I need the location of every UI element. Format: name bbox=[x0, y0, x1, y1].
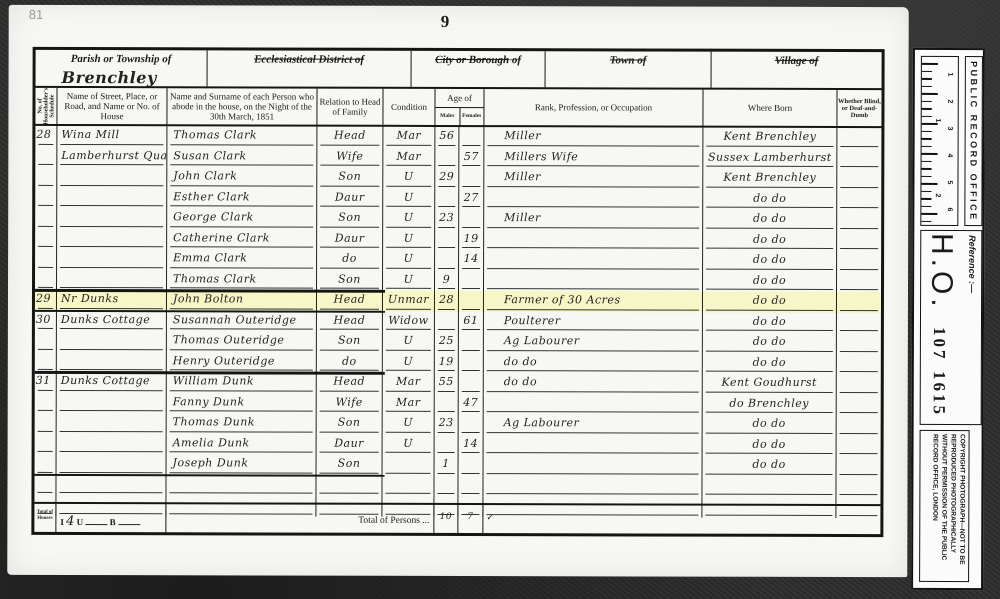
where-born-cell: do Brenchley bbox=[703, 394, 837, 415]
house-place-cell bbox=[57, 228, 167, 249]
building-prefix: B bbox=[110, 517, 116, 527]
where-born-cell: do do bbox=[703, 230, 837, 251]
age-male-cell bbox=[435, 311, 459, 332]
where-born-cell: do do bbox=[703, 415, 837, 436]
blind-deaf-cell bbox=[837, 333, 881, 354]
person-name-cell: Catherine Clark bbox=[167, 229, 317, 250]
relation-cell: Son bbox=[317, 414, 383, 435]
occupation-cell bbox=[484, 394, 703, 415]
parish-cell: Parish or Township of Brenchley bbox=[36, 50, 208, 86]
where-born-cell: Kent Goudhurst bbox=[703, 374, 837, 395]
house-place-cell bbox=[56, 474, 166, 495]
total-persons-label: Total of Persons ... bbox=[166, 504, 434, 533]
ruler-tick bbox=[921, 198, 931, 200]
table-row: George ClarkSonU23Millerdo do bbox=[35, 208, 881, 231]
ruler-tick bbox=[922, 153, 938, 155]
age-male-cell bbox=[435, 188, 459, 209]
condition-cell: Mar bbox=[383, 373, 435, 394]
village-label: Village of bbox=[712, 55, 882, 67]
table-row bbox=[34, 474, 880, 497]
age-female-cell bbox=[459, 373, 484, 394]
ruler-tick bbox=[921, 190, 931, 192]
reference-piece: 107 bbox=[929, 327, 949, 362]
where-born-cell: do do bbox=[703, 333, 837, 354]
ecclesiastical-label: Ecclesiastical District of bbox=[208, 53, 411, 66]
col-place-label: Name of Street, Place, or Road, and Name… bbox=[57, 91, 166, 121]
house-place-cell bbox=[57, 167, 167, 188]
house-place-cell: Dunks Cottage bbox=[57, 310, 167, 331]
ruler-inch-number: 1 bbox=[934, 118, 941, 122]
schedule-number-cell bbox=[35, 433, 57, 454]
col-age-males-label: Males bbox=[435, 108, 460, 125]
age-male-cell: 1 bbox=[435, 455, 459, 476]
relation-cell: Daur bbox=[317, 434, 383, 455]
ruler-tick bbox=[922, 85, 932, 87]
house-place-cell: Lamberhurst Quarter bbox=[57, 146, 167, 167]
house-place-cell bbox=[57, 351, 167, 372]
person-name-cell: Amelia Dunk bbox=[167, 434, 317, 455]
age-female-cell: 27 bbox=[459, 189, 484, 210]
house-place-cell bbox=[57, 413, 167, 434]
ruler-tick bbox=[922, 130, 932, 132]
ruler-tick bbox=[922, 168, 932, 170]
census-page: 81 9 Parish or Township of Brenchley Ecc… bbox=[7, 5, 908, 577]
relation-cell: Son bbox=[317, 168, 383, 189]
occupation-cell: Ag Labourer bbox=[484, 332, 703, 353]
schedule-number-cell: 30 bbox=[35, 310, 57, 331]
occupation-cell: Millers Wife bbox=[484, 148, 703, 169]
houses-total-label: Total of Houses bbox=[34, 504, 56, 532]
age-male-cell: 19 bbox=[435, 352, 459, 373]
col-relation-header: Relation to Head of Family bbox=[317, 89, 383, 127]
house-place-cell bbox=[57, 331, 167, 352]
age-female-cell bbox=[459, 353, 484, 374]
house-place-cell: Nr Dunks bbox=[57, 290, 167, 311]
where-born-cell: do do bbox=[703, 292, 837, 313]
condition-cell: Mar bbox=[383, 393, 435, 414]
col-born-label: Where Born bbox=[748, 103, 792, 113]
condition-cell: U bbox=[383, 188, 435, 209]
where-born-cell: do do bbox=[703, 189, 837, 210]
person-name-cell: Esther Clark bbox=[167, 188, 317, 209]
col-schedule-header: No. of Householder's Schedule bbox=[35, 88, 57, 126]
schedule-number-cell bbox=[35, 208, 57, 229]
relation-cell: Daur bbox=[317, 229, 383, 250]
blind-deaf-cell bbox=[836, 476, 880, 497]
condition-cell: U bbox=[383, 250, 435, 271]
occupation-cell: Miller bbox=[484, 209, 703, 230]
age-male-cell: 23 bbox=[435, 209, 459, 230]
person-name-cell: William Dunk bbox=[167, 372, 317, 393]
condition-cell: U bbox=[383, 168, 435, 189]
age-male-cell bbox=[435, 229, 459, 250]
blind-deaf-cell bbox=[837, 169, 881, 190]
census-form: Parish or Township of Brenchley Ecclesia… bbox=[31, 47, 884, 537]
table-row: Thomas DunkSonU23Ag Labourerdo do bbox=[35, 413, 881, 436]
relation-cell: Wife bbox=[317, 393, 383, 414]
ruler-cm-number: 1 bbox=[946, 73, 953, 77]
schedule-number-cell bbox=[35, 146, 57, 167]
parish-label: Parish or Township of bbox=[36, 53, 207, 65]
occupation-cell: Miller bbox=[484, 168, 703, 189]
person-name-cell: Thomas Clark bbox=[167, 270, 317, 291]
table-row: John ClarkSonU29MillerKent Brenchley bbox=[35, 167, 881, 190]
ruler-cm-number: 4 bbox=[946, 154, 953, 158]
inhabited-value: 4 bbox=[66, 514, 74, 529]
schedule-number-cell bbox=[35, 454, 57, 475]
village-cell: Village of bbox=[712, 52, 882, 88]
ruler-tick bbox=[922, 100, 932, 102]
table-row: Amelia DunkDaurU14do do bbox=[35, 433, 881, 456]
person-name-cell bbox=[166, 475, 316, 496]
table-row: 31Dunks CottageWilliam DunkHeadMar55do d… bbox=[35, 372, 881, 395]
person-name-cell: Thomas Clark bbox=[167, 126, 317, 147]
condition-cell: U bbox=[383, 209, 435, 230]
where-born-cell: do do bbox=[703, 271, 837, 292]
col-name-header: Name and Surname of each Person who abod… bbox=[167, 88, 317, 126]
condition-cell: U bbox=[383, 270, 435, 291]
occupation-cell bbox=[483, 476, 702, 497]
house-place-cell bbox=[57, 433, 167, 454]
where-born-cell: do do bbox=[703, 210, 837, 231]
relation-cell: Head bbox=[317, 311, 383, 332]
age-female-cell bbox=[459, 209, 484, 230]
blind-deaf-cell bbox=[837, 128, 881, 149]
relation-cell: Head bbox=[317, 373, 383, 394]
ruler-tick bbox=[921, 175, 931, 177]
reference-folio: 1615 bbox=[929, 371, 949, 417]
blind-deaf-cell bbox=[837, 271, 881, 292]
person-name-cell: Emma Clark bbox=[167, 249, 317, 270]
col-born-header: Where Born bbox=[703, 90, 837, 128]
blind-deaf-cell bbox=[837, 394, 881, 415]
age-female-cell bbox=[459, 127, 484, 148]
schedule-number-cell: 29 bbox=[35, 290, 57, 311]
age-male-cell: 55 bbox=[435, 373, 459, 394]
location-header: Parish or Township of Brenchley Ecclesia… bbox=[36, 50, 882, 90]
col-schedule-label: No. of Householder's Schedule bbox=[37, 88, 55, 125]
relation-cell: do bbox=[317, 250, 383, 271]
reference-box: Reference :— H.O. 107 1615 bbox=[920, 230, 983, 425]
age-female-cell bbox=[459, 332, 484, 353]
occupation-cell bbox=[484, 189, 703, 210]
ecclesiastical-cell: Ecclesiastical District of bbox=[208, 50, 412, 87]
person-name-cell: John Bolton bbox=[167, 290, 317, 311]
house-place-cell: Wina Mill bbox=[57, 126, 167, 147]
blind-deaf-cell bbox=[837, 292, 881, 313]
where-born-cell bbox=[702, 476, 836, 497]
ruler-tick bbox=[921, 220, 931, 222]
uninhabited-prefix: U bbox=[77, 517, 84, 527]
person-name-cell: George Clark bbox=[167, 208, 317, 229]
where-born-cell: do do bbox=[703, 251, 837, 272]
person-name-cell: Thomas Dunk bbox=[167, 413, 317, 434]
schedule-number-cell bbox=[35, 413, 57, 434]
occupation-cell: Miller bbox=[484, 127, 703, 148]
col-place-header: Name of Street, Place, or Road, and Name… bbox=[57, 88, 167, 126]
blind-deaf-cell bbox=[837, 189, 881, 210]
table-row: Esther ClarkDaurU27do do bbox=[35, 187, 881, 210]
parish-value: Brenchley bbox=[62, 68, 157, 87]
condition-cell: Unmar bbox=[383, 291, 435, 312]
age-male-cell: 25 bbox=[435, 332, 459, 353]
age-female-cell: 14 bbox=[459, 435, 484, 456]
blind-deaf-cell bbox=[837, 456, 881, 477]
relation-cell: Daur bbox=[317, 188, 383, 209]
schedule-number-cell bbox=[35, 187, 57, 208]
person-name-cell: John Clark bbox=[167, 167, 317, 188]
where-born-cell: Sussex Lamberhurst bbox=[703, 148, 837, 169]
where-born-cell: Kent Brenchley bbox=[703, 128, 837, 149]
age-male-cell: 28 bbox=[435, 291, 459, 312]
schedule-number-cell: 31 bbox=[35, 372, 57, 393]
age-female-cell bbox=[459, 414, 484, 435]
occupation-cell: do do bbox=[484, 373, 703, 394]
age-male-cell: 9 bbox=[435, 270, 459, 291]
condition-cell: U bbox=[383, 434, 435, 455]
relation-cell: Son bbox=[317, 332, 383, 353]
condition-cell: U bbox=[383, 352, 435, 373]
person-name-cell: Thomas Outeridge bbox=[167, 331, 317, 352]
condition-cell bbox=[382, 475, 434, 496]
pro-title: PUBLIC RECORD OFFICE bbox=[964, 56, 983, 226]
schedule-number-cell bbox=[35, 351, 57, 372]
ruler-cm-number: 5 bbox=[946, 181, 953, 185]
house-place-cell bbox=[57, 208, 167, 229]
schedule-number-cell bbox=[35, 269, 57, 290]
ruler-cm-number: 6 bbox=[946, 208, 953, 212]
blind-deaf-cell bbox=[837, 374, 881, 395]
schedule-number-cell bbox=[35, 228, 57, 249]
age-male-cell bbox=[434, 475, 458, 496]
relation-cell: Head bbox=[317, 291, 383, 312]
age-male-cell: 29 bbox=[435, 168, 459, 189]
houses-total-values: I 4 U B bbox=[56, 504, 166, 532]
occupation-cell bbox=[484, 435, 703, 456]
schedule-number-cell bbox=[35, 331, 57, 352]
town-cell: Town of bbox=[546, 51, 712, 87]
condition-cell bbox=[383, 455, 435, 476]
totals-footer: Total of Houses I 4 U B Total of Persons… bbox=[34, 502, 880, 534]
col-blind-header: Whether Blind, or Deaf-and-Dumb bbox=[837, 90, 881, 128]
where-born-cell: do do bbox=[703, 312, 837, 333]
scale-ruler: 12345612 bbox=[920, 56, 959, 226]
age-male-cell bbox=[435, 393, 459, 414]
col-name-label: Name and Surname of each Person who abod… bbox=[167, 91, 316, 121]
ruler-tick bbox=[922, 63, 938, 65]
schedule-number-cell bbox=[35, 167, 57, 188]
schedule-number-cell: 28 bbox=[35, 126, 57, 147]
table-row: Lamberhurst QuarterSusan ClarkWifeMar57M… bbox=[35, 146, 881, 169]
occupation-cell: Ag Labourer bbox=[484, 414, 703, 435]
age-female-cell bbox=[459, 455, 484, 476]
age-male-cell bbox=[435, 147, 459, 168]
schedule-number-cell bbox=[35, 249, 57, 270]
age-male-cell bbox=[435, 434, 459, 455]
corner-folio-mark: 81 bbox=[29, 7, 44, 22]
relation-cell: do bbox=[317, 352, 383, 373]
page-number: 9 bbox=[441, 12, 450, 32]
age-female-cell: 14 bbox=[459, 250, 484, 271]
house-place-cell bbox=[57, 454, 167, 475]
ruler-tick bbox=[922, 115, 932, 117]
age-female-cell bbox=[458, 476, 483, 497]
col-relation-label: Relation to Head of Family bbox=[317, 97, 382, 117]
age-female-cell: 47 bbox=[459, 394, 484, 415]
condition-cell: Widow bbox=[383, 311, 435, 332]
table-row: Thomas OuteridgeSonU25Ag Labourerdo do bbox=[35, 331, 881, 354]
house-place-cell bbox=[57, 269, 167, 290]
occupation-cell: Poulterer bbox=[484, 312, 703, 333]
city-label: City or Borough of bbox=[412, 54, 545, 66]
col-condition-label: Condition bbox=[391, 102, 427, 112]
ruler-tick bbox=[921, 213, 937, 215]
col-blind-label: Whether Blind, or Deaf-and-Dumb bbox=[837, 97, 881, 118]
copyright-notice: COPYRIGHT PHOTOGRAPH—NOT TO BE REPRODUCE… bbox=[919, 430, 970, 582]
condition-cell: U bbox=[383, 229, 435, 250]
total-males: 10 bbox=[434, 505, 458, 533]
col-occupation-header: Rank, Profession, or Occupation bbox=[484, 89, 703, 128]
town-label: Town of bbox=[546, 54, 711, 66]
age-male-cell: 23 bbox=[435, 414, 459, 435]
person-name-cell: Joseph Dunk bbox=[167, 454, 317, 475]
where-born-cell: do do bbox=[703, 353, 837, 374]
age-female-cell bbox=[459, 271, 484, 292]
reference-class-code: H.O. bbox=[925, 233, 957, 311]
age-female-cell bbox=[459, 291, 484, 312]
house-place-cell bbox=[57, 392, 167, 413]
reference-label: Reference :— bbox=[967, 235, 977, 293]
schedule-number-cell bbox=[34, 474, 56, 495]
relation-cell: Son bbox=[317, 209, 383, 230]
ruler-tick bbox=[922, 138, 932, 140]
age-female-cell: 19 bbox=[459, 230, 484, 251]
blind-deaf-cell bbox=[837, 251, 881, 272]
ruler-tick bbox=[922, 123, 938, 125]
occupation-cell bbox=[484, 230, 703, 251]
blind-deaf-cell bbox=[837, 210, 881, 231]
age-female-cell bbox=[459, 168, 484, 189]
ruler-tick bbox=[922, 93, 938, 95]
blind-deaf-cell bbox=[837, 148, 881, 169]
col-condition-header: Condition bbox=[383, 89, 435, 127]
col-age-females-label: Females bbox=[460, 108, 484, 125]
where-born-cell: Kent Brenchley bbox=[703, 169, 837, 190]
occupation-cell: Farmer of 30 Acres bbox=[484, 291, 703, 312]
table-row: 30Dunks CottageSusannah OuteridgeHeadWid… bbox=[35, 310, 881, 333]
ruler-inch-number: 2 bbox=[934, 193, 941, 197]
blind-deaf-cell bbox=[837, 415, 881, 436]
ruler-cm-number: 2 bbox=[946, 100, 953, 104]
age-female-cell: 57 bbox=[459, 148, 484, 169]
relation-cell: Head bbox=[317, 127, 383, 148]
occupation-cell bbox=[484, 455, 703, 476]
age-male-cell: 56 bbox=[435, 127, 459, 148]
ruler-cm-number: 3 bbox=[946, 127, 953, 131]
blind-deaf-cell bbox=[837, 312, 881, 333]
ruler-tick bbox=[922, 145, 932, 147]
condition-cell: U bbox=[383, 332, 435, 353]
col-occupation-label: Rank, Profession, or Occupation bbox=[535, 102, 652, 112]
table-row: Catherine ClarkDaurU19do do bbox=[35, 228, 881, 251]
age-female-cell: 61 bbox=[459, 312, 484, 333]
col-age-label: Age of bbox=[435, 89, 483, 108]
col-age-header: Age of Males Females bbox=[435, 89, 484, 127]
schedule-number-cell bbox=[35, 392, 57, 413]
total-females: 7 bbox=[458, 505, 483, 533]
blind-deaf-cell bbox=[837, 435, 881, 456]
blind-deaf-cell bbox=[837, 353, 881, 374]
table-row: Emma ClarkdoU14do do bbox=[35, 249, 881, 272]
person-name-cell: Susannah Outeridge bbox=[167, 311, 317, 332]
ruler-tick bbox=[922, 160, 932, 162]
ruler-tick bbox=[922, 70, 932, 72]
ruler-tick bbox=[922, 78, 932, 80]
public-record-office-card: 12345612 PUBLIC RECORD OFFICE Reference … bbox=[911, 48, 985, 590]
relation-cell: Son bbox=[317, 455, 383, 476]
ruler-tick bbox=[921, 183, 937, 185]
where-born-cell: do do bbox=[703, 456, 837, 477]
condition-cell: Mar bbox=[383, 147, 435, 168]
person-name-cell: Henry Outeridge bbox=[167, 352, 317, 373]
age-male-cell bbox=[435, 250, 459, 271]
ruler-tick bbox=[921, 205, 931, 207]
condition-cell: U bbox=[383, 414, 435, 435]
relation-cell bbox=[316, 475, 382, 496]
condition-cell: Mar bbox=[383, 127, 435, 148]
where-born-cell: do do bbox=[703, 435, 837, 456]
relation-cell: Wife bbox=[317, 147, 383, 168]
person-name-cell: Fanny Dunk bbox=[167, 393, 317, 414]
table-row: Fanny DunkWifeMar47do Brenchley bbox=[35, 392, 881, 415]
ruler-tick bbox=[922, 108, 932, 110]
blind-deaf-cell bbox=[837, 230, 881, 251]
occupation-cell bbox=[484, 250, 703, 271]
relation-cell: Son bbox=[317, 270, 383, 291]
house-place-cell: Dunks Cottage bbox=[57, 372, 167, 393]
person-name-cell: Susan Clark bbox=[167, 147, 317, 168]
city-cell: City or Borough of bbox=[412, 51, 546, 87]
occupation-cell: do do bbox=[484, 353, 703, 374]
inhabited-prefix: I bbox=[60, 517, 64, 527]
table-row: 28Wina MillThomas ClarkHeadMar56MillerKe… bbox=[35, 126, 881, 149]
house-place-cell bbox=[57, 187, 167, 208]
occupation-cell bbox=[484, 271, 703, 292]
house-place-cell bbox=[57, 249, 167, 270]
total-check-mark: ✓ bbox=[483, 505, 880, 534]
